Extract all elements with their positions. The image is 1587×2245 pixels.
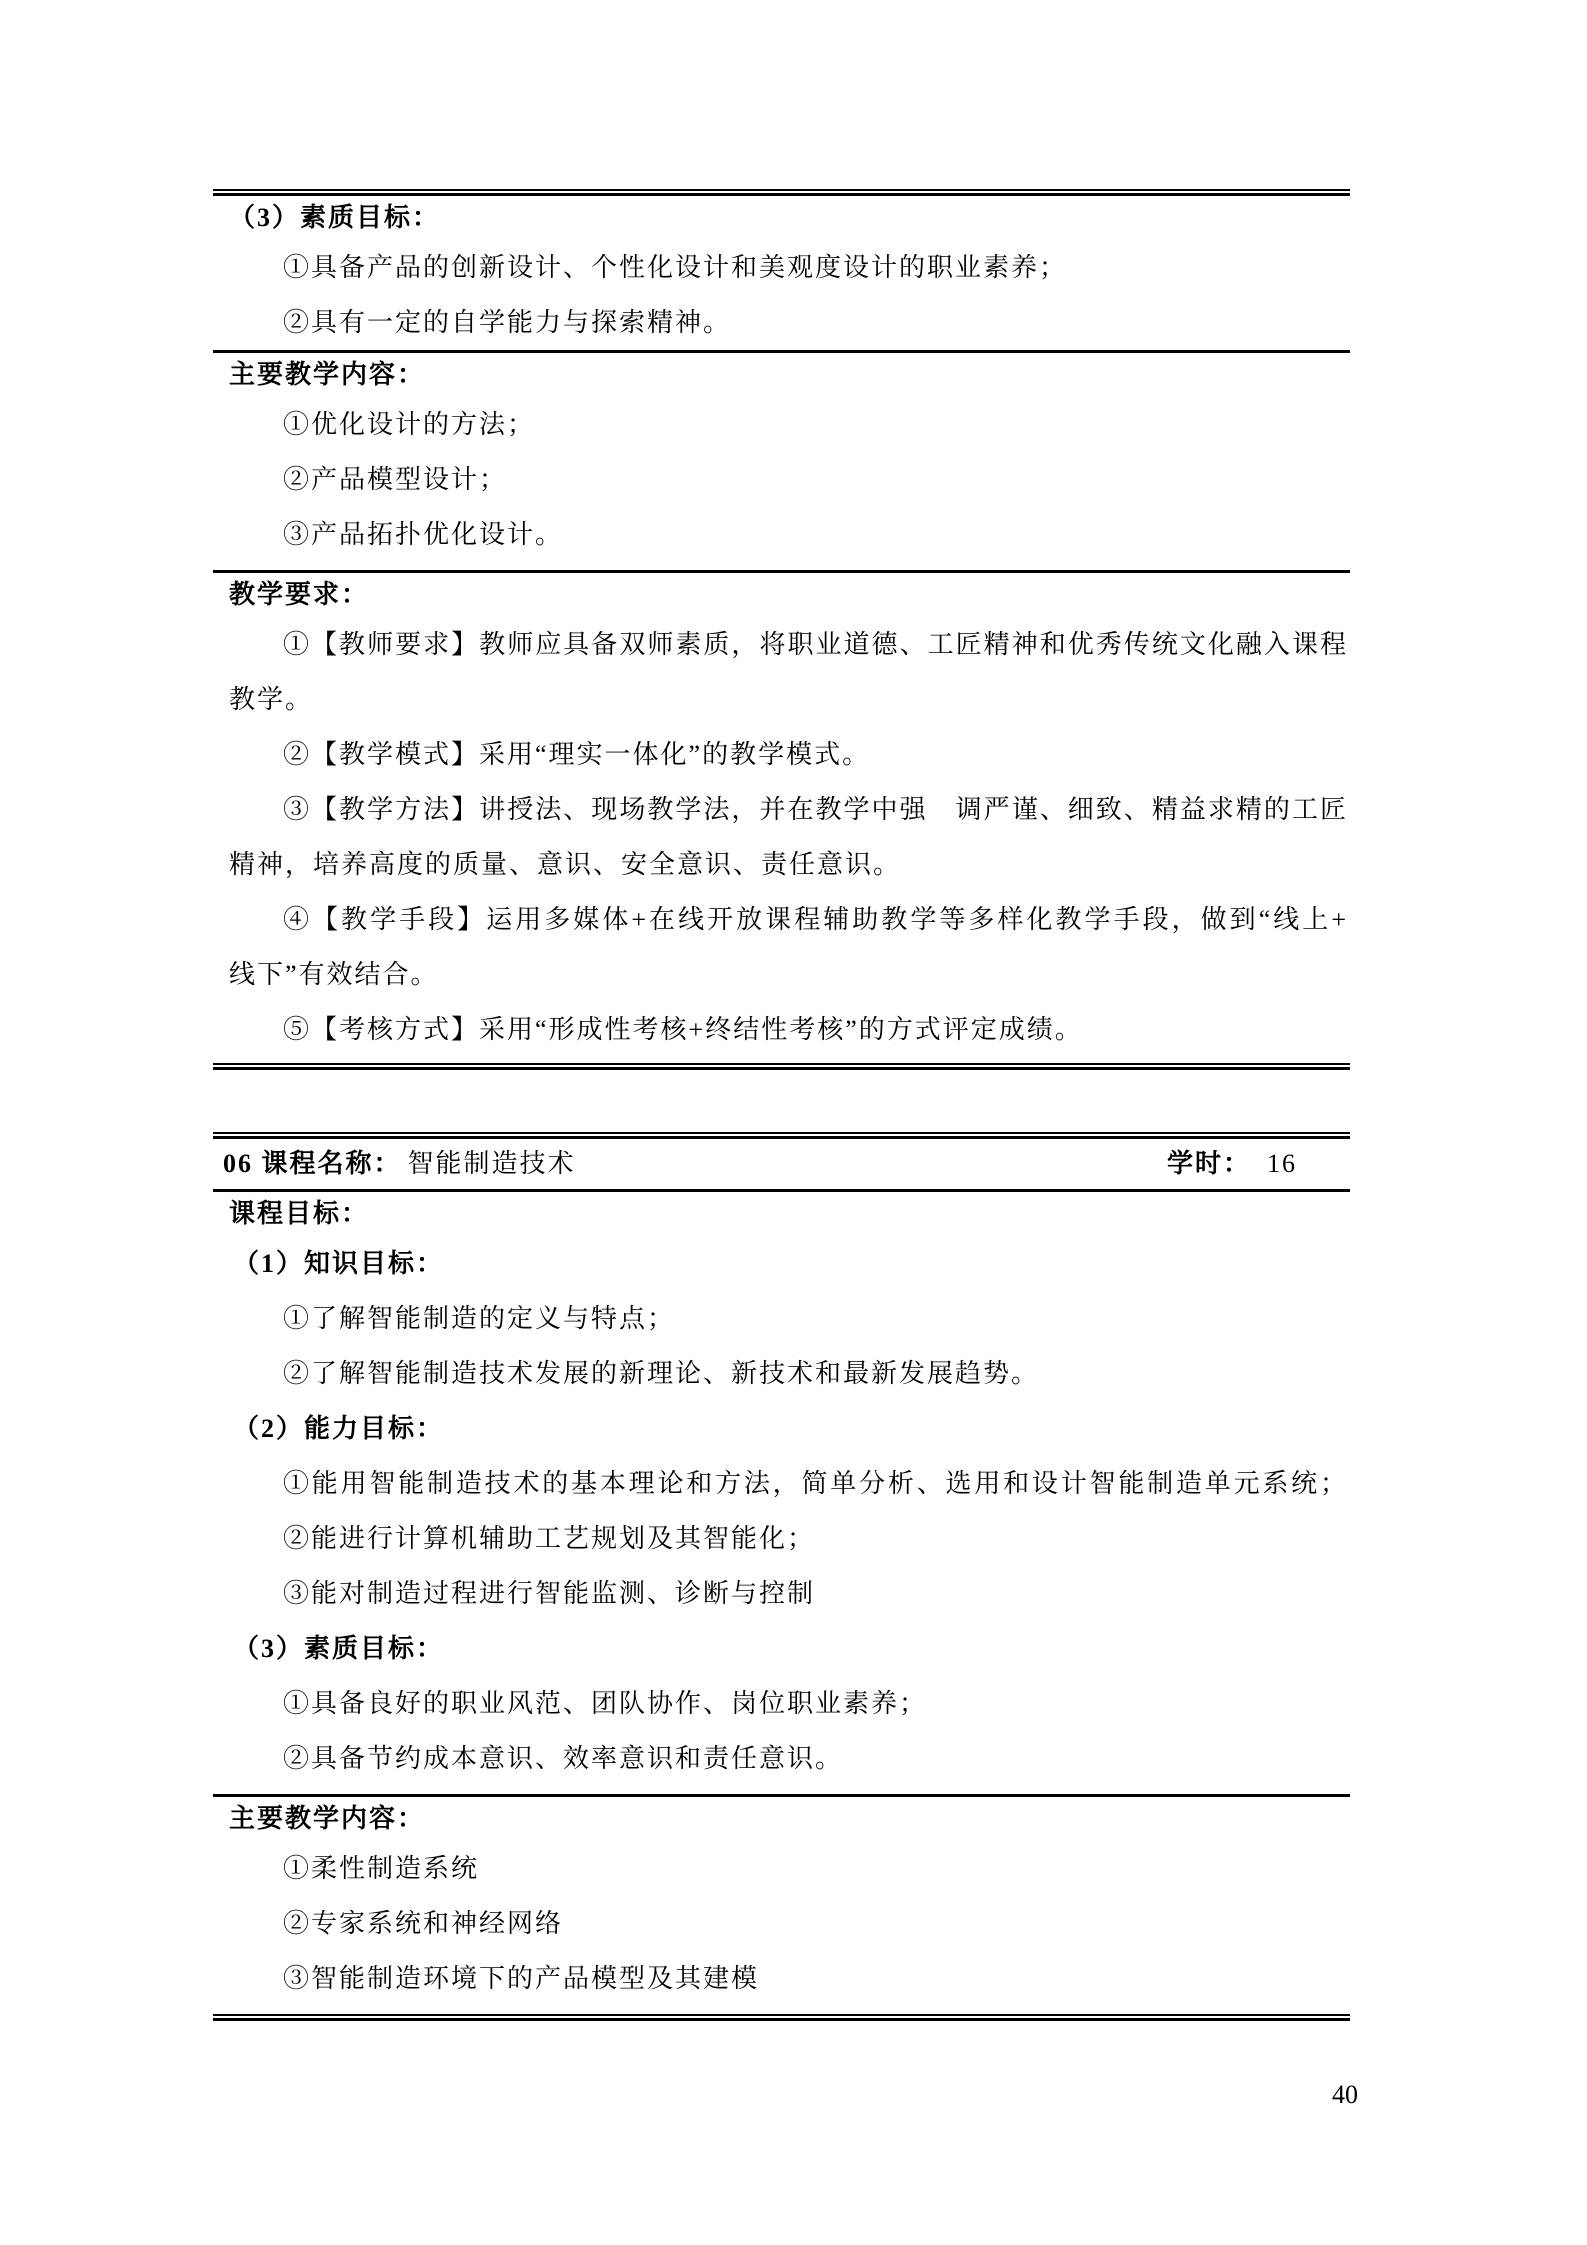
quality-objective-item: ②具备节约成本意识、效率意识和责任意识。 bbox=[213, 1731, 1350, 1786]
heading-teaching-content-prev: 主要教学内容： bbox=[213, 353, 1350, 397]
requirement-line: 教学。 bbox=[213, 672, 1350, 727]
section-gap bbox=[213, 1070, 1350, 1132]
class-hours: 学时：16 bbox=[1167, 1139, 1297, 1189]
course-title: 06 课程名称：智能制造技术 bbox=[223, 1139, 576, 1189]
knowledge-objective-item: ①了解智能制造的定义与特点； bbox=[213, 1291, 1350, 1346]
quality-objective-item: ②具有一定的自学能力与探索精神。 bbox=[213, 295, 1350, 350]
heading-knowledge-objectives: （1）知识目标： bbox=[213, 1236, 1350, 1291]
heading-quality-objectives: （3）素质目标： bbox=[213, 1621, 1350, 1676]
ability-objective-item: ①能用智能制造技术的基本理论和方法，简单分析、选用和设计智能制造单元系统； bbox=[213, 1456, 1350, 1511]
teaching-content-item: ①柔性制造系统 bbox=[213, 1841, 1350, 1896]
requirement-line: ②【教学模式】采用“理实一体化”的教学模式。 bbox=[213, 727, 1350, 782]
ability-objective-item: ③能对制造过程进行智能监测、诊断与控制 bbox=[213, 1566, 1350, 1621]
document-page: （3）素质目标： ①具备产品的创新设计、个性化设计和美观度设计的职业素养； ②具… bbox=[0, 0, 1587, 2245]
section-divider-double-end bbox=[213, 1063, 1350, 1070]
course-name-value: 智能制造技术 bbox=[408, 1149, 576, 1178]
class-hours-value: 16 bbox=[1267, 1149, 1297, 1178]
quality-objective-item: ①具备产品的创新设计、个性化设计和美观度设计的职业素养； bbox=[213, 240, 1350, 295]
class-hours-label: 学时： bbox=[1167, 1149, 1251, 1178]
requirement-line: 精神，培养高度的质量、意识、安全意识、责任意识。 bbox=[213, 837, 1350, 892]
quality-objective-item: ①具备良好的职业风范、团队协作、岗位职业素养； bbox=[213, 1676, 1350, 1731]
ability-objective-item: ②能进行计算机辅助工艺规划及其智能化； bbox=[213, 1511, 1350, 1566]
requirement-line: ①【教师要求】教师应具备双师素质，将职业道德、工匠精神和优秀传统文化融入课程 bbox=[213, 617, 1350, 672]
course-divider-double bbox=[213, 1132, 1350, 1139]
page-number: 40 bbox=[1332, 2080, 1358, 2110]
content-column: （3）素质目标： ①具备产品的创新设计、个性化设计和美观度设计的职业素养； ②具… bbox=[213, 189, 1350, 2021]
requirement-line: 线下”有效结合。 bbox=[213, 947, 1350, 1002]
teaching-content-item: ③产品拓扑优化设计。 bbox=[213, 507, 1350, 562]
requirement-line: ④【教学手段】运用多媒体+在线开放课程辅助教学等多样化教学手段，做到“线上+ bbox=[213, 892, 1350, 947]
teaching-content-item: ②专家系统和神经网络 bbox=[213, 1896, 1350, 1951]
requirement-line: ⑤【考核方式】采用“形成性考核+终结性考核”的方式评定成绩。 bbox=[213, 1002, 1350, 1057]
teaching-content-item: ①优化设计的方法； bbox=[213, 397, 1350, 452]
teaching-content-item: ②产品模型设计； bbox=[213, 452, 1350, 507]
teaching-content-item: ③智能制造环境下的产品模型及其建模 bbox=[213, 1951, 1350, 2006]
heading-quality-objectives-prev: （3）素质目标： bbox=[213, 196, 1350, 240]
course-divider-double-end bbox=[213, 2014, 1350, 2021]
knowledge-objective-item: ②了解智能制造技术发展的新理论、新技术和最新发展趋势。 bbox=[213, 1346, 1350, 1401]
heading-teaching-requirements: 教学要求： bbox=[213, 573, 1350, 617]
heading-ability-objectives: （2）能力目标： bbox=[213, 1401, 1350, 1456]
course-number-name-label: 06 课程名称： bbox=[223, 1149, 402, 1178]
course-banner: 06 课程名称：智能制造技术 学时：16 bbox=[213, 1139, 1350, 1189]
heading-teaching-content: 主要教学内容： bbox=[213, 1797, 1350, 1841]
section-divider-double-top bbox=[213, 189, 1350, 196]
requirement-line: ③【教学方法】讲授法、现场教学法，并在教学中强 调严谨、细致、精益求精的工匠 bbox=[213, 782, 1350, 837]
heading-course-objectives: 课程目标： bbox=[213, 1192, 1350, 1236]
